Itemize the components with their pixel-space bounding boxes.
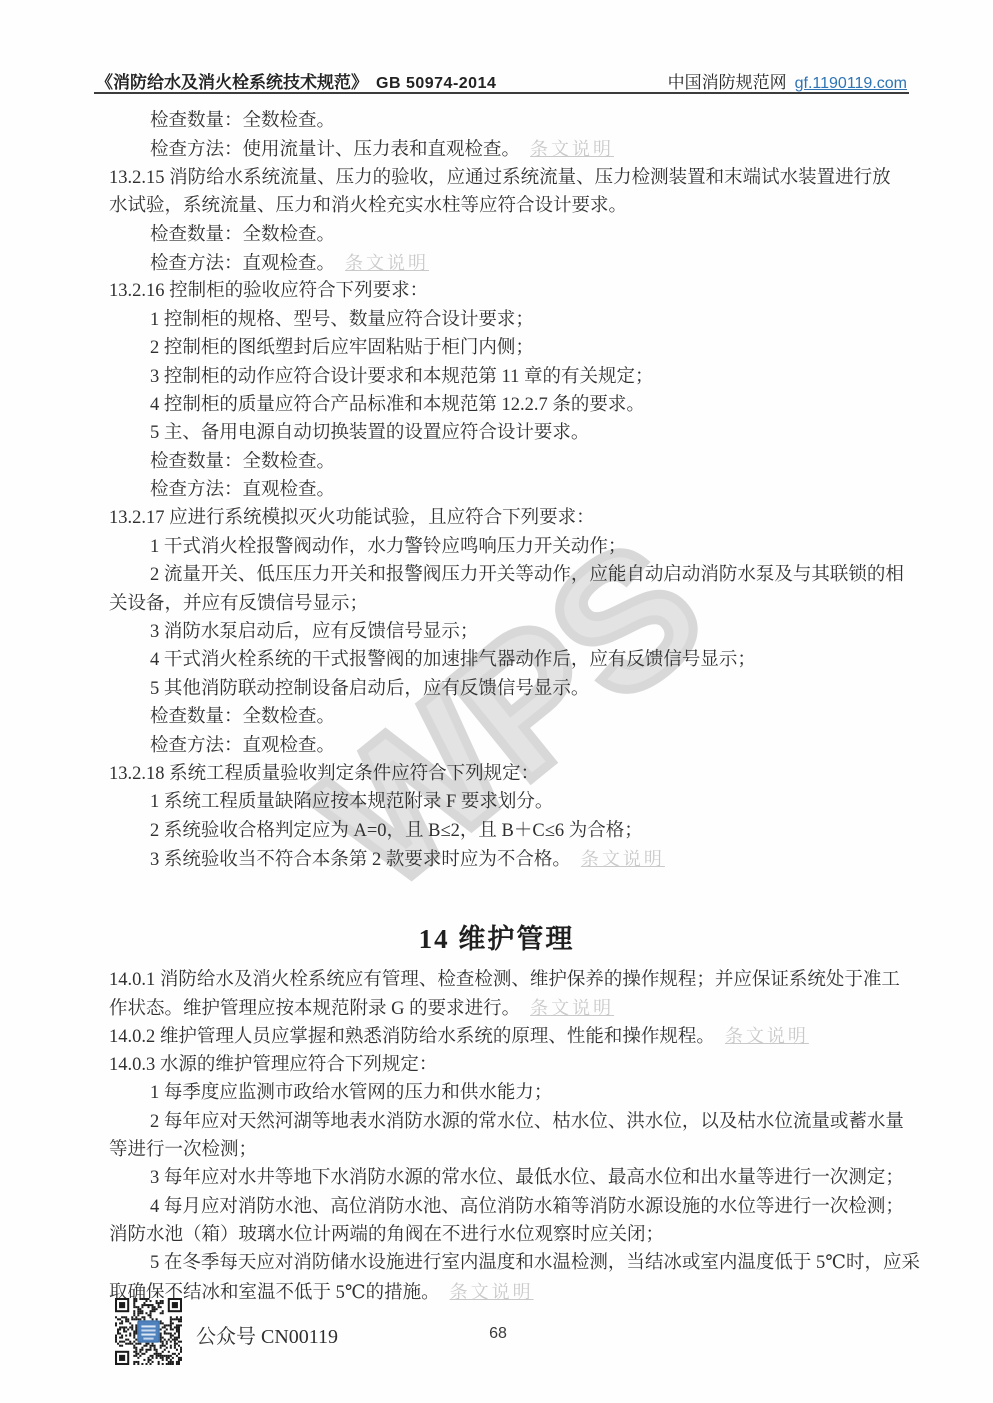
document-body: 检查数量：全数检查。检查方法：使用流量计、压力表和直观检查。条文说明13.2.1… xyxy=(109,107,884,1306)
line-text: 检查方法：直观检查。 xyxy=(150,254,335,274)
line-text: 1 每季度应监测市政给水管网的压力和供水能力； xyxy=(150,1083,552,1103)
line-text: 2 系统验收合格判定应为 A=0，且 B≤2，且 B＋C≤6 为合格； xyxy=(150,821,643,841)
line-text: 1 系统工程质量缺陷应按本规范附录 F 要求划分。 xyxy=(150,792,553,812)
line-text: 13.2.17 应进行系统模拟灭火功能试验，且应符合下列要求： xyxy=(109,508,595,528)
text-line: 3 系统验收当不符合本条第 2 款要求时应为不合格。条文说明 xyxy=(109,845,884,873)
text-line: 取确保不结冰和室温不低于 5℃的措施。条文说明 xyxy=(109,1278,884,1306)
text-line: 水试验，系统流量、压力和消火栓充实水柱等应符合设计要求。 xyxy=(109,192,884,220)
text-line: 13.2.17 应进行系统模拟灭火功能试验，且应符合下列要求： xyxy=(109,504,884,532)
text-line: 14.0.3 水源的维护管理应符合下列规定： xyxy=(109,1051,884,1079)
text-line: 5 在冬季每天应对消防储水设施进行室内温度和水温检测，当结冰或室内温度低于 5℃… xyxy=(109,1249,884,1277)
annotation-link[interactable]: 条文说明 xyxy=(530,998,614,1018)
text-line: 1 控制柜的规格、型号、数量应符合设计要求； xyxy=(109,306,884,334)
document-page: 《消防给水及消火栓系统技术规范》GB 50974-2014 中国消防规范网gf.… xyxy=(0,0,993,1403)
text-line: 检查数量：全数检查。 xyxy=(109,221,884,249)
text-line: 14.0.1 消防给水及消火栓系统应有管理、检查检测、维护保养的操作规程；并应保… xyxy=(109,966,884,994)
text-line: 3 每年应对水井等地下水消防水源的常水位、最低水位、最高水位和出水量等进行一次测… xyxy=(109,1164,884,1192)
text-line: 检查数量：全数检查。 xyxy=(109,448,884,476)
text-line: 检查方法：直观检查。 xyxy=(109,732,884,760)
text-line: 等进行一次检测； xyxy=(109,1136,884,1164)
text-line: 14.0.2 维护管理人员应掌握和熟悉消防给水系统的原理、性能和操作规程。条文说… xyxy=(109,1022,884,1050)
text-line: 13.2.15 消防给水系统流量、压力的验收，应通过系统流量、压力检测装置和末端… xyxy=(109,164,884,192)
line-text: 2 控制柜的图纸塑封后应牢固粘贴于柜门内侧； xyxy=(150,338,534,358)
line-text: 检查数量：全数检查。 xyxy=(150,111,335,131)
text-line: 4 控制柜的质量应符合产品标准和本规范第 12.2.7 条的要求。 xyxy=(109,391,884,419)
line-text: 1 干式消火栓报警阀动作，水力警铃应鸣响压力开关动作； xyxy=(150,537,626,557)
page-number: 68 xyxy=(483,1325,513,1343)
line-text: 作状态。维护管理应按本规范附录 G 的要求进行。 xyxy=(109,999,520,1019)
text-line: 13.2.18 系统工程质量验收判定条件应符合下列规定： xyxy=(109,760,884,788)
text-line: 1 每季度应监测市政给水管网的压力和供水能力； xyxy=(109,1079,884,1107)
chapter-heading: 14 维护管理 xyxy=(109,920,884,958)
line-text: 2 流量开关、低压压力开关和报警阀压力开关等动作，应能自动启动消防水泵及与其联锁… xyxy=(150,565,904,585)
line-text: 4 每月应对消防水池、高位消防水池、高位消防水箱等消防水源设施的水位等进行一次检… xyxy=(150,1197,904,1217)
line-text: 检查方法：直观检查。 xyxy=(150,480,335,500)
text-line: 3 控制柜的动作应符合设计要求和本规范第 11 章的有关规定； xyxy=(109,363,884,391)
text-line: 检查数量：全数检查。 xyxy=(109,703,884,731)
annotation-link[interactable]: 条文说明 xyxy=(450,1282,534,1302)
text-line: 2 流量开关、低压压力开关和报警阀压力开关等动作，应能自动启动消防水泵及与其联锁… xyxy=(109,561,884,589)
line-text: 13.2.16 控制柜的验收应符合下列要求： xyxy=(109,281,428,301)
line-text: 5 主、备用电源自动切换装置的设置应符合设计要求。 xyxy=(150,423,589,443)
text-line: 3 消防水泵启动后，应有反馈信号显示； xyxy=(109,618,884,646)
header-left: 《消防给水及消火栓系统技术规范》GB 50974-2014 xyxy=(96,68,496,93)
annotation-link[interactable]: 条文说明 xyxy=(345,253,429,273)
text-line: 13.2.16 控制柜的验收应符合下列要求： xyxy=(109,277,884,305)
line-text: 3 系统验收当不符合本条第 2 款要求时应为不合格。 xyxy=(150,850,571,870)
text-line: 1 干式消火栓报警阀动作，水力警铃应鸣响压力开关动作； xyxy=(109,533,884,561)
annotation-link[interactable]: 条文说明 xyxy=(530,139,614,159)
site-name: 中国消防规范网 xyxy=(668,73,787,92)
line-text: 13.2.18 系统工程质量验收判定条件应符合下列规定： xyxy=(109,764,539,784)
line-text: 3 控制柜的动作应符合设计要求和本规范第 11 章的有关规定； xyxy=(150,367,653,387)
line-text: 检查数量：全数检查。 xyxy=(150,225,335,245)
text-line: 消防水池（箱）玻璃水位计两端的角阀在不进行水位观察时应关闭； xyxy=(109,1221,884,1249)
text-line: 检查数量：全数检查。 xyxy=(109,107,884,135)
line-text: 水试验，系统流量、压力和消火栓充实水柱等应符合设计要求。 xyxy=(109,196,627,216)
line-text: 4 控制柜的质量应符合产品标准和本规范第 12.2.7 条的要求。 xyxy=(150,395,645,415)
line-text: 检查方法：直观检查。 xyxy=(150,736,335,756)
line-text: 3 每年应对水井等地下水消防水源的常水位、最低水位、最高水位和出水量等进行一次测… xyxy=(150,1168,904,1188)
header-rule xyxy=(94,92,909,94)
line-text: 13.2.15 消防给水系统流量、压力的验收，应通过系统流量、压力检测装置和末端… xyxy=(109,168,891,188)
text-line: 检查方法：直观检查。 xyxy=(109,476,884,504)
line-text: 14.0.3 水源的维护管理应符合下列规定： xyxy=(109,1055,437,1075)
text-line: 1 系统工程质量缺陷应按本规范附录 F 要求划分。 xyxy=(109,788,884,816)
annotation-link[interactable]: 条文说明 xyxy=(581,849,665,869)
line-text: 检查方法：使用流量计、压力表和直观检查。 xyxy=(150,140,520,160)
line-text: 检查数量：全数检查。 xyxy=(150,452,335,472)
text-line: 4 每月应对消防水池、高位消防水池、高位消防水箱等消防水源设施的水位等进行一次检… xyxy=(109,1193,884,1221)
text-line: 检查方法：使用流量计、压力表和直观检查。条文说明 xyxy=(109,135,884,163)
line-text: 5 其他消防联动控制设备启动后，应有反馈信号显示。 xyxy=(150,679,589,699)
text-line: 检查方法：直观检查。条文说明 xyxy=(109,249,884,277)
text-line: 5 主、备用电源自动切换装置的设置应符合设计要求。 xyxy=(109,419,884,447)
line-text: 4 干式消火栓系统的干式报警阀的加速排气器动作后，应有反馈信号显示； xyxy=(150,650,756,670)
line-text: 2 每年应对天然河湖等地表水消防水源的常水位、枯水位、洪水位，以及枯水位流量或蓄… xyxy=(150,1112,904,1132)
page-header: 《消防给水及消火栓系统技术规范》GB 50974-2014 中国消防规范网gf.… xyxy=(96,68,907,92)
line-text: 5 在冬季每天应对消防储水设施进行室内温度和水温检测，当结冰或室内温度低于 5℃… xyxy=(150,1253,920,1273)
header-right: 中国消防规范网gf.1190119.com xyxy=(668,68,907,93)
line-text: 关设备，并应有反馈信号显示； xyxy=(109,594,368,614)
text-line: 5 其他消防联动控制设备启动后，应有反馈信号显示。 xyxy=(109,675,884,703)
line-text: 3 消防水泵启动后，应有反馈信号显示； xyxy=(150,622,478,642)
text-line: 4 干式消火栓系统的干式报警阀的加速排气器动作后，应有反馈信号显示； xyxy=(109,646,884,674)
qr-label: 公众号 CN00119 xyxy=(196,1320,338,1349)
line-text: 1 控制柜的规格、型号、数量应符合设计要求； xyxy=(150,310,534,330)
text-line: 2 系统验收合格判定应为 A=0，且 B≤2，且 B＋C≤6 为合格； xyxy=(109,817,884,845)
text-line: 2 控制柜的图纸塑封后应牢固粘贴于柜门内侧； xyxy=(109,334,884,362)
doc-title: 《消防给水及消火栓系统技术规范》 xyxy=(96,73,368,92)
line-text: 检查数量：全数检查。 xyxy=(150,707,335,727)
line-text: 消防水池（箱）玻璃水位计两端的角阀在不进行水位观察时应关闭； xyxy=(109,1225,664,1245)
text-line: 关设备，并应有反馈信号显示； xyxy=(109,590,884,618)
line-text: 等进行一次检测； xyxy=(109,1140,257,1160)
text-line: 作状态。维护管理应按本规范附录 G 的要求进行。条文说明 xyxy=(109,994,884,1022)
annotation-link[interactable]: 条文说明 xyxy=(725,1026,809,1046)
site-link[interactable]: gf.1190119.com xyxy=(795,75,907,92)
text-line: 2 每年应对天然河湖等地表水消防水源的常水位、枯水位、洪水位，以及枯水位流量或蓄… xyxy=(109,1108,884,1136)
line-text: 14.0.1 消防给水及消火栓系统应有管理、检查检测、维护保养的操作规程；并应保… xyxy=(109,970,900,990)
qr-code xyxy=(115,1298,182,1365)
doc-code: GB 50974-2014 xyxy=(376,75,496,92)
line-text: 14.0.2 维护管理人员应掌握和熟悉消防给水系统的原理、性能和操作规程。 xyxy=(109,1027,715,1047)
